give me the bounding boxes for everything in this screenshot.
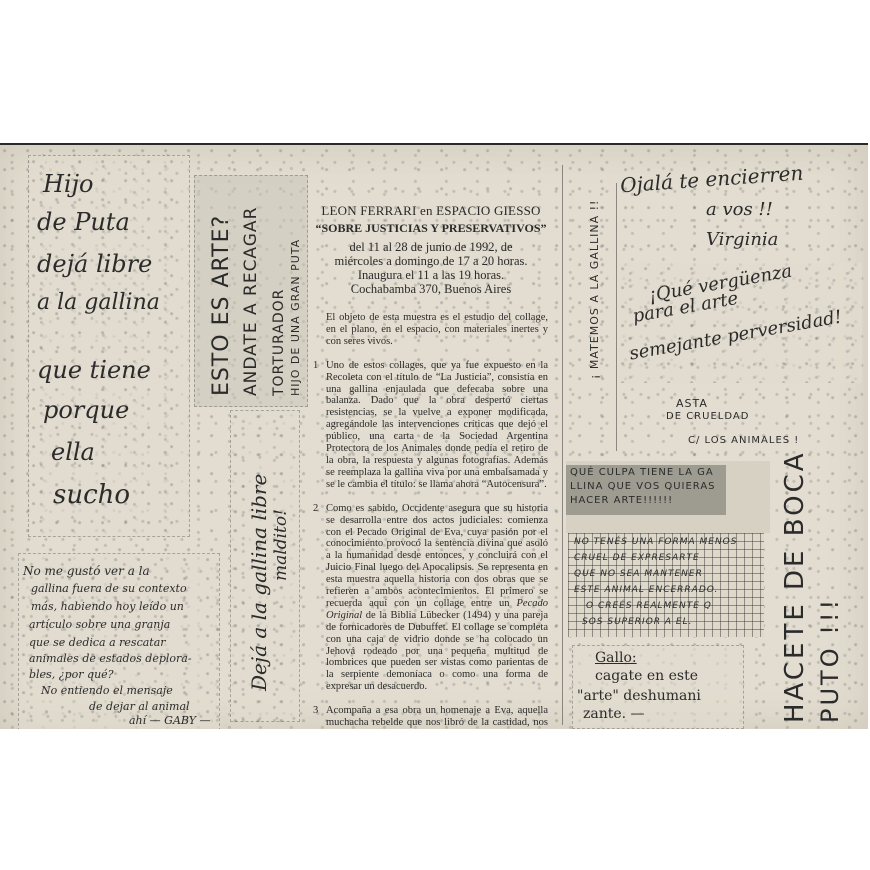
note-line: C/ LOS ANIMALES ! [688,435,799,446]
exhibition-subtitle: “SOBRE JUSTICIAS Y PRESERVATIVOS” [300,221,562,236]
note-vertical-script: Dejá a la gallina libre maldito! [230,410,300,722]
note-line: zante. — [583,706,645,722]
note-line: de dejar al animal [89,700,190,713]
note-line: NO TENÉS UNA FORMA MENOS [574,537,737,547]
note-line: DE CRUELDAD [666,411,749,422]
note-line: maldito! [271,509,291,581]
note-line: No me gustó ver a la [23,564,150,578]
printed-text-column: LEON FERRARI en ESPACIO GIESSO “SOBRE JU… [300,145,562,729]
note-line: porque [43,396,129,424]
note-line: ¡ MATEMOS A LA GALLINA !! [588,200,601,379]
note-line: TORTURADOR [271,289,287,396]
exhibition-title: LEON FERRARI en ESPACIO GIESSO [300,203,562,219]
note-line: gallina fuera de su contexto [31,582,187,595]
note-far-right: HACETE DE BOCA PUTO !!! [776,475,866,725]
item-2: 2 Como es sabido, Occidente asegura que … [326,503,548,694]
note-line: Hijo [43,170,94,198]
intro-paragraph: El objeto de esta muestra es el estudio … [326,312,548,348]
note-border [616,183,617,451]
note-line: más, habiendo hoy leído un [31,600,184,613]
opening: Inaugura el 11 a las 19 horas. [300,268,562,282]
note-line: cagate en este [595,668,698,684]
note-line: HACER ARTE!!!!!! [570,495,673,506]
note-line: ESTE ANIMAL ENCERRADO. [574,585,718,595]
exhibition-info: del 11 al 28 de junio de 1992, de miérco… [300,240,562,296]
note-line: bles, ¿por qué? [29,668,114,681]
item-text: Como es sabido, Occidente asegura que su… [326,503,548,609]
item-1: 1 Uno de estos collages, que ya fue expu… [326,360,548,491]
item-text: Uno de estos collages, que ya fue expues… [326,360,548,490]
dates: del 11 al 28 de junio de 1992, de [300,240,562,254]
item-number: 3 [313,705,318,717]
address: Cochabamba 370, Buenos Aires [300,282,562,296]
item-number: 1 [313,360,318,372]
note-line: Gallo: [595,650,637,666]
note-right-upper: ¡ MATEMOS A LA GALLINA !! Ojalá te encie… [566,153,866,453]
note-line: "arte" deshumani [577,688,701,704]
note-right-grid: NO TENÉS UNA FORMA MENOS CRUEL DE EXPRES… [568,533,764,637]
note-line: a la gallina [37,290,160,315]
item-text: de la Biblia Lübecker (1494) y una parej… [326,610,548,692]
note-line: animales de estados deplora- [29,652,192,665]
note-right-banner: QUÉ CULPA TIENE LA GA LLINA QUE VOS QUIE… [566,461,770,533]
item-3: 3 Acompaña a esa obra un homenaje a Eva,… [326,705,548,729]
hours: miércoles a domingo de 17 a 20 horas. [300,254,562,268]
note-left-tall: Hijo de Puta dejá libre a la gallina que… [28,155,190,537]
flyer-sheet: Hijo de Puta dejá libre a la gallina que… [0,143,868,729]
note-line: sucho [53,480,130,510]
note-line: a vos !! [706,199,773,220]
note-line: de Puta [37,208,130,236]
note-line: QUÉ CULPA TIENE LA GA [570,467,714,478]
note-line: No entiendo el mensaje [41,684,173,697]
note-line: dejá libre [37,250,152,278]
note-line: ella [51,438,95,466]
note-signature: Virginia [706,229,778,250]
note-line: LLINA QUE VOS QUIERAS [570,481,716,492]
note-line: QUE NO SEA MANTENER [574,569,703,579]
column-divider [562,165,563,725]
note-vertical-caps: ESTO ES ARTE? ANDATE A RECAGAR TORTURADO… [194,175,308,407]
note-gallo: Gallo: cagate en este "arte" deshumani z… [572,645,744,729]
note-shame: ¡Qué vergüenza para el arte semejante pe… [618,263,862,383]
note-line: ASTA [676,397,708,410]
note-line: HACETE DE BOCA [780,450,810,723]
note-line: ANDATE A RECAGAR [241,207,261,396]
note-line: CRUEL DE EXPRESARTE [574,553,700,563]
note-line: O CREÉS REALMENTE Q [586,601,712,611]
note-line: artículo sobre una granja [29,618,170,631]
item-text: Acompaña a esa obra un homenaje a Eva, a… [326,705,548,729]
note-line: Dejá a la gallina libre [247,474,271,691]
note-left-bottom: No me gustó ver a la gallina fuera de su… [18,553,220,729]
note-line: PUTO !!! [816,597,844,723]
note-line: Ojalá te encierren [619,161,804,198]
note-signature: ahí — GABY — [129,714,211,727]
note-line: SOS SUPERIOR A EL. [582,617,692,627]
note-line: que se dedica a rescatar [29,636,166,649]
note-line: que tiene [37,356,151,384]
item-number: 2 [313,503,318,515]
note-line: ESTO ES ARTE? [209,215,234,396]
